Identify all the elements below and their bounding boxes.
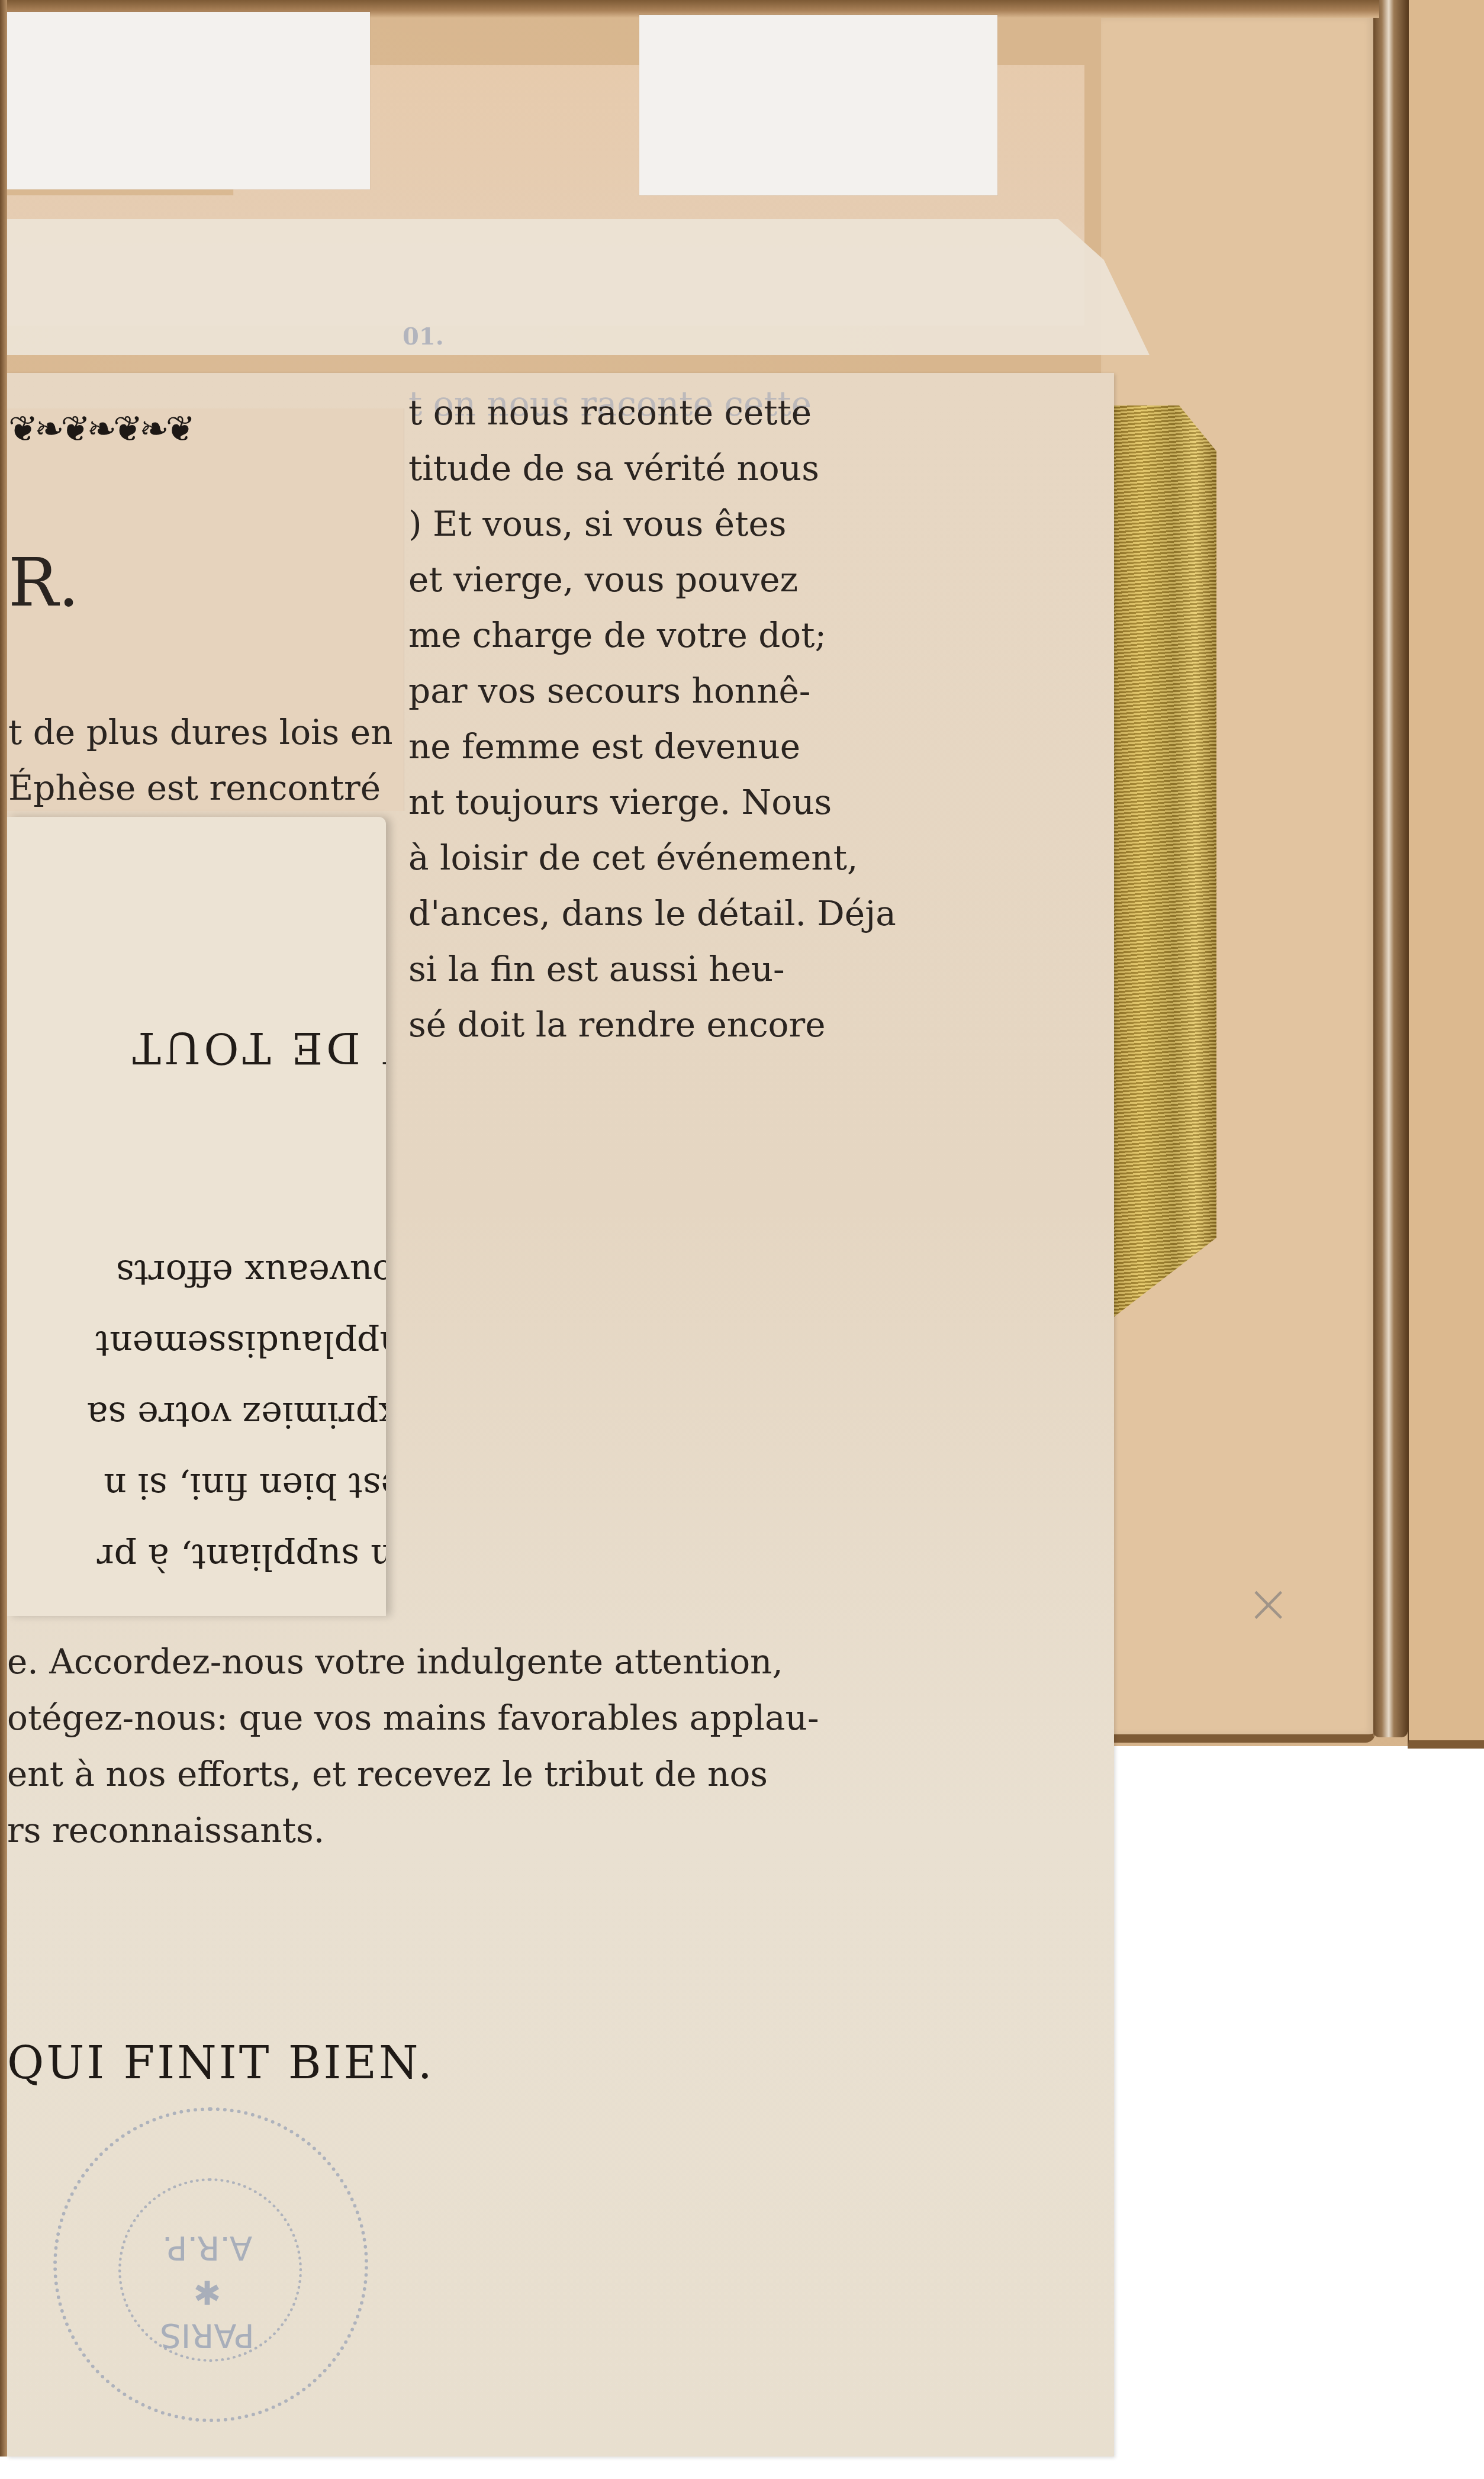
text-line: sé doit la rendre encore [408,997,835,1052]
inverted-text-line: out est bien fini, si n [7,1450,386,1521]
text-line: ) Et vous, si vous êtes [408,496,835,552]
text-line: t on nous raconte cette [408,385,835,440]
pencil-mark: × [1246,1577,1287,1631]
text-line: titude de sa vérité nous [408,440,835,496]
ghost-page-number: 01. [403,323,444,350]
text-line: si la fin est aussi heu- [408,941,835,997]
text-line: d'ances, dans le détail. Déja [408,886,835,941]
text-line: rs reconnaissants. [7,1802,830,1859]
inverted-text-line: qu'un suppliant, à pr [7,1521,386,1592]
text-line: e. Accordez-nous votre indulgente attent… [7,1634,830,1690]
cover-left-edge [0,0,7,2457]
text-line: nt toujours vierge. Nous [408,774,835,830]
closing-paragraph: e. Accordez-nous votre indulgente attent… [7,1634,830,1859]
inverted-text-line: vos applaudissement [7,1308,386,1379]
upside-down-page-content: qu'un suppliant, à pr out est bien fini,… [7,817,386,1616]
inverted-text-line: de nouveaux efforts [7,1237,386,1308]
white-label-left [6,12,370,189]
left-page-lines: t de plus dures lois en Éphèse est renco… [8,704,411,816]
gold-foil-strip [1110,405,1216,1320]
ornament-band: ❦❧❦❧❦❧❦ [8,408,399,450]
text-line: ne femme est devenue [408,719,835,774]
far-right-board [1408,0,1484,1749]
text-line: me charge de votre dot; [408,607,835,663]
book-spine [1373,0,1408,1737]
text-line: otégez-nous: que vos mains favorables ap… [7,1690,830,1746]
white-label-right [639,15,997,195]
text-line: Éphèse est rencontré [8,760,411,816]
text-line: par vos secours honnê- [408,663,835,719]
translucent-sheet [7,219,1150,355]
inverted-text-line: us exprimiez votre sa [7,1379,386,1450]
heading-letter: R. [8,545,79,622]
text-line: et vierge, vous pouvez [408,552,835,607]
upside-down-page: qu'un suppliant, à pr out est bien fini,… [7,817,386,1616]
text-line: ent à nos efforts, et recevez le tribut … [7,1746,830,1802]
inverted-title: FIN DE TOUT [7,1012,386,1083]
library-stamp-text: PARIS ✱ A.R.P. [142,2226,272,2357]
main-page-text-column: t on nous raconte cette titude de sa vér… [408,385,835,1052]
closing-title: QUI FINIT BIEN. [7,2036,434,2089]
text-line: t de plus dures lois en [8,704,411,760]
text-line: à loisir de cet événement, [408,830,835,886]
